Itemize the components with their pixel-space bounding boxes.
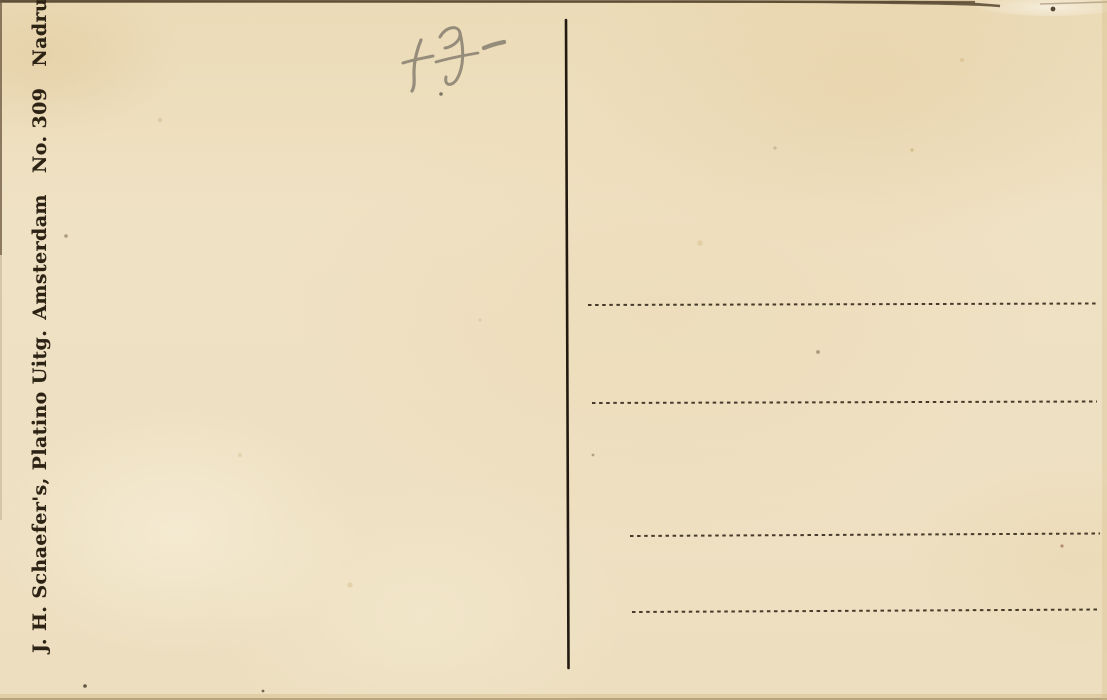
publisher-imprint: J. H. Schaefer's, Platino Uitg.Amsterdam…	[29, 33, 55, 653]
pencil-stroke-4-cross	[436, 53, 478, 62]
postcard-graphics	[0, 0, 1107, 700]
imprint-city: Amsterdam	[29, 194, 51, 320]
address-line	[592, 402, 1097, 404]
top-edge-line-2	[0, 1, 975, 2]
pencil-stroke-dash	[484, 42, 504, 48]
top-edge-line-3	[1040, 2, 1107, 4]
right-edge-strip	[1102, 0, 1107, 700]
imprint-publisher: J. H. Schaefer's, Platino Uitg.	[29, 330, 51, 653]
address-lines	[588, 304, 1100, 613]
divider-line	[566, 20, 569, 668]
address-line	[632, 610, 1100, 613]
card-edges	[0, 0, 1107, 700]
pencil-dot	[439, 92, 443, 96]
postcard-back: J. H. Schaefer's, Platino Uitg.Amsterdam…	[0, 0, 1107, 700]
paper-specks	[64, 7, 1063, 693]
imprint-number: No. 309	[29, 88, 51, 173]
pencil-stroke-f-bar	[403, 56, 433, 63]
address-line	[588, 304, 1098, 306]
address-line	[630, 534, 1100, 537]
pencil-stroke-4-curl	[440, 28, 460, 48]
pencil-stroke-f	[412, 40, 421, 91]
imprint-copyright: Nadruk verboden	[29, 0, 51, 67]
handwritten-price-note	[403, 28, 504, 96]
